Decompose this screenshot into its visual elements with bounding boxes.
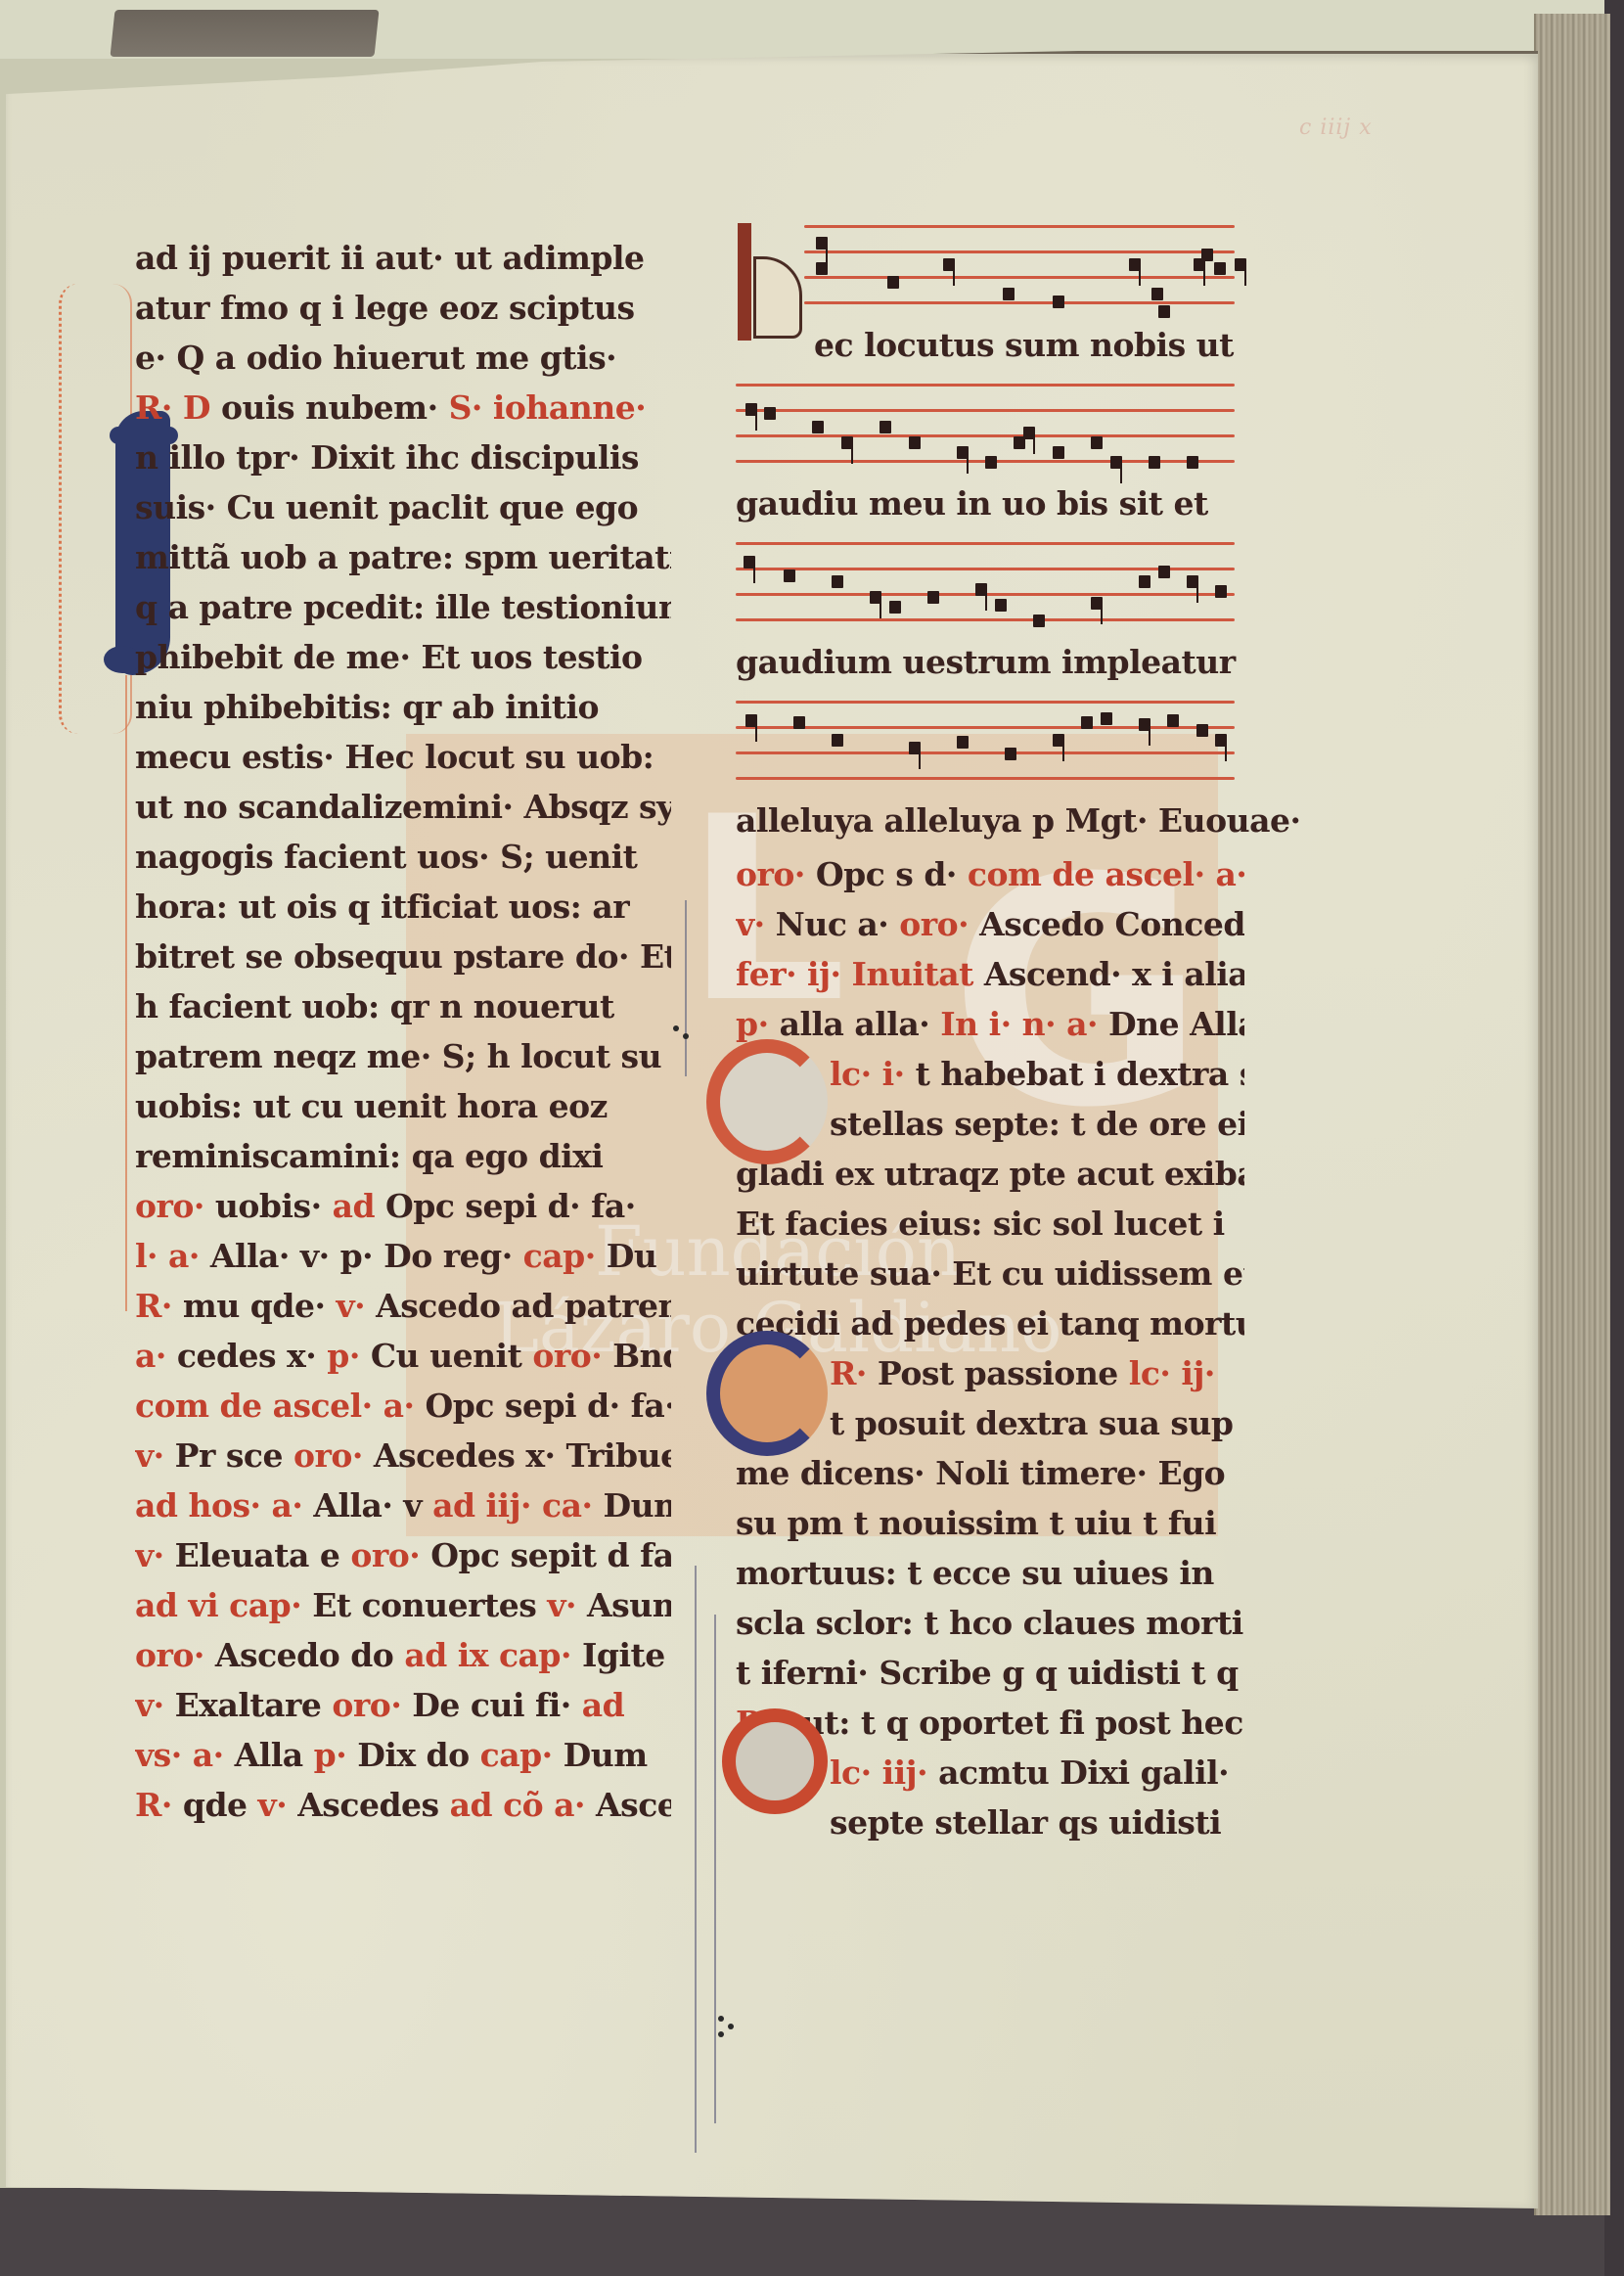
square-neume	[975, 583, 987, 596]
text-line: ad hos· a· Alla· v ad iij· ca· Dum·	[135, 1480, 671, 1530]
text-line: me dicens· Noli timere· Ego	[736, 1448, 1244, 1498]
square-neume	[764, 407, 776, 420]
square-neume	[1053, 446, 1064, 459]
square-neume	[812, 421, 824, 433]
rubric-text: oro·	[293, 1436, 374, 1475]
rubric-text: ad iij· ca·	[432, 1486, 603, 1525]
square-neume	[793, 716, 805, 729]
rubric-text: In i· n· a·	[940, 1005, 1108, 1043]
rubric-text: oro·	[736, 855, 816, 893]
right-text-column: ec locutus sum nobis utgaudiu meu in uo …	[736, 215, 1244, 1847]
square-neume	[985, 456, 997, 469]
rubric-text: com de ascel· a·	[135, 1387, 426, 1425]
body-text: Igite q·	[582, 1636, 671, 1674]
text-line: ut no scandalizemini· Absqz sy	[135, 782, 671, 832]
body-text: Alla· v· p· Do reg·	[210, 1237, 523, 1275]
square-neume	[1023, 427, 1035, 439]
square-neume	[1215, 734, 1227, 747]
text-line: v· Nuc a· oro· Ascedo Concede qs·	[736, 899, 1244, 949]
rubric-text: v·	[135, 1436, 175, 1475]
folio-number: c iiij x	[1299, 115, 1373, 140]
square-neume	[887, 276, 899, 289]
chant-lyric: ec locutus sum nobis ut	[736, 317, 1244, 374]
decorative-dot	[728, 2024, 734, 2029]
rubric-text: v·	[547, 1586, 587, 1624]
text-line: hora: ut ois q itficiat uos: ar	[135, 882, 671, 932]
square-neume	[816, 262, 828, 275]
body-text: Ascedo ad patrem	[376, 1287, 671, 1325]
text-line: mortuus: t ecce su uiues in	[736, 1548, 1244, 1598]
body-text: Dum·	[603, 1486, 671, 1525]
square-neume	[1053, 734, 1064, 747]
rubric-text: oro·	[899, 905, 979, 943]
text-line: vs· a· Alla p· Dix do cap· Dum	[135, 1730, 671, 1780]
body-text: ouis nubem·	[221, 388, 449, 427]
text-line: reminiscamini: qa ego dixi	[135, 1131, 671, 1181]
square-neume	[1158, 305, 1170, 318]
square-neume	[784, 569, 795, 582]
square-neume	[1215, 585, 1227, 598]
rubric-text: v·	[736, 905, 776, 943]
body-text: Concede qs·	[1115, 905, 1244, 943]
square-neume	[889, 601, 901, 614]
text-line: fer· ij· Inuitat Ascend· x i alia	[736, 949, 1244, 999]
rubric-text: fer· ij· Inuitat	[736, 955, 984, 993]
square-neume	[1151, 288, 1163, 300]
text-line: scla sclor: t hco claues mortis	[736, 1598, 1244, 1648]
square-neume	[745, 714, 757, 727]
body-text: acmtu	[938, 1753, 1060, 1792]
body-text: Du	[607, 1237, 657, 1275]
square-neume	[1091, 597, 1103, 610]
square-neume	[1005, 748, 1016, 760]
square-neume	[1053, 296, 1064, 308]
text-line: su pm t nouissim t uiu t fui	[736, 1498, 1244, 1548]
body-text: uobis·	[215, 1187, 333, 1225]
rubric-text: lc· ij·	[1129, 1354, 1215, 1392]
body-text: Nuc a·	[776, 905, 900, 943]
square-neume	[841, 436, 853, 449]
rubric-text: cap·	[523, 1237, 607, 1275]
text-line: bitret se obsequu pstare do· Et	[135, 932, 671, 981]
body-text: Alla· u·	[1190, 1005, 1244, 1043]
text-line: mecu estis· Hec locut su uob:	[135, 732, 671, 782]
rubric-text: oro·	[135, 1636, 215, 1674]
book-fore-edge	[1534, 14, 1610, 2215]
text-line: h facient uob: qr n nouerut	[135, 981, 671, 1031]
chant-lyric: gaudium uestrum impleatur	[736, 634, 1244, 691]
text-line: atur fmo q i lege eoz sciptus	[135, 283, 671, 333]
text-line: v· Pr sce oro· Ascedes x· Tribue qs	[135, 1431, 671, 1480]
square-neume	[1187, 456, 1198, 469]
staff-line	[804, 250, 1235, 253]
rubric-text: lc· i·	[830, 1055, 916, 1093]
staff-line	[804, 225, 1235, 228]
rubric-text: R·	[830, 1354, 878, 1392]
left-text-column: ad ij puerit ii aut· ut adimpleatur fmo …	[135, 233, 671, 1830]
body-text: Post passione	[878, 1354, 1129, 1392]
square-neume	[1196, 724, 1208, 737]
rubric-text: oro·	[332, 1686, 412, 1724]
initial-Q-decorated	[706, 1331, 828, 1456]
body-text: Ascendo·	[596, 1786, 671, 1824]
body-text: Dixi galil·	[1060, 1753, 1229, 1792]
text-line: v· Exaltare oro· De cui fi· ad	[135, 1680, 671, 1730]
body-text: Ascend· x i alia	[984, 955, 1244, 993]
rubric-text: oro·	[350, 1536, 430, 1574]
square-neume	[957, 446, 969, 459]
music-staff	[736, 536, 1244, 630]
body-text: Et conuertes	[312, 1586, 547, 1624]
text-line: com de ascel· a· Opc sepi d· fa·	[135, 1381, 671, 1431]
body-text: Asumo	[587, 1586, 671, 1624]
rubric-text: a·	[135, 1337, 177, 1375]
staff-line	[736, 618, 1235, 621]
rubric-text: com de ascel· a·	[968, 855, 1244, 893]
body-text: Dix do	[357, 1736, 479, 1774]
body-text: Dum	[564, 1736, 648, 1774]
square-neume	[1235, 258, 1246, 271]
body-text: alla alla·	[780, 1005, 941, 1043]
body-text: Alla· v	[313, 1486, 432, 1525]
rubric-text: ad cõ a·	[450, 1786, 596, 1824]
body-text: Pr sce	[175, 1436, 293, 1475]
rubric-text: v·	[135, 1686, 175, 1724]
square-neume	[909, 742, 921, 754]
square-neume	[927, 591, 939, 604]
text-line: cecidi ad pedes ei tanq mortu·	[736, 1298, 1244, 1348]
square-neume	[995, 599, 1007, 612]
staff-line	[736, 701, 1235, 704]
square-neume	[1158, 566, 1170, 578]
pen-flourish-line	[125, 675, 127, 1311]
music-staff	[736, 695, 1244, 789]
square-neume	[832, 734, 843, 747]
rubric-text: R·	[135, 1786, 183, 1824]
rubric-text: ad hos· a·	[135, 1486, 313, 1525]
body-text: sut: t q oportet fi post hec	[784, 1704, 1243, 1742]
text-line: oro· Ascedo do ad ix cap· Igite q·	[135, 1630, 671, 1680]
music-staff	[736, 378, 1244, 472]
square-neume	[1101, 712, 1112, 725]
text-line: q a patre pcedit: ille testionium	[135, 582, 671, 632]
rubric-text: vs· a·	[135, 1736, 235, 1774]
text-line: v· Eleuata e oro· Opc sepit d fa·	[135, 1530, 671, 1580]
body-text: cedes x·	[177, 1337, 327, 1375]
square-neume	[832, 575, 843, 588]
rubric-text: p·	[314, 1736, 358, 1774]
square-neume	[1081, 716, 1093, 729]
staff-line	[804, 301, 1235, 304]
text-line: oro· Opc s d· com de ascel· a·	[736, 849, 1244, 899]
rubric-text: v·	[135, 1536, 175, 1574]
text-line: oro· uobis· ad Opc sepi d· fa·	[135, 1181, 671, 1231]
text-line: patrem neqz me· S; h locut su	[135, 1031, 671, 1081]
body-text: t habebat i dextra sua	[916, 1055, 1244, 1093]
rubric-text: ad ix cap·	[404, 1636, 582, 1674]
rubric-text: ad	[582, 1686, 624, 1724]
staff-line	[804, 276, 1235, 279]
initial-S-decorated	[722, 1708, 828, 1814]
square-neume	[870, 591, 881, 604]
text-line: ad ij puerit ii aut· ut adimple	[135, 233, 671, 283]
decorative-dot	[673, 1025, 679, 1031]
body-text: Tribue qs	[565, 1436, 671, 1475]
body-text: Ascedo	[979, 905, 1114, 943]
square-neume	[1149, 456, 1160, 469]
rubric-text: ad	[333, 1187, 385, 1225]
rubric-text: p·	[327, 1337, 371, 1375]
book-tab-marker	[110, 10, 379, 57]
square-neume	[1110, 456, 1122, 469]
body-text: Eleuata e	[175, 1536, 351, 1574]
body-text: Alla	[235, 1736, 314, 1774]
text-line: suis· Cu uenit paclit que ego	[135, 482, 671, 532]
rubric-text: oro·	[135, 1187, 215, 1225]
body-text: Ascedo do	[215, 1636, 404, 1674]
text-line: nagogis facient uos· S; uenit	[135, 832, 671, 882]
rubric-text: lc· iij·	[830, 1753, 938, 1792]
square-neume	[943, 258, 955, 271]
body-text: Dne	[1108, 1005, 1190, 1043]
square-neume	[880, 421, 891, 433]
text-line: R· mu qde· v· Ascedo ad patrem Ac	[135, 1281, 671, 1331]
staff-line	[736, 542, 1235, 545]
marginal-vine	[695, 1566, 697, 2153]
initial-E-decorated	[706, 1039, 828, 1164]
staff-line	[736, 726, 1235, 729]
rubric-text: oro·	[532, 1337, 612, 1375]
rubric-text: cap·	[480, 1736, 564, 1774]
square-neume	[1187, 575, 1198, 588]
square-neume	[957, 736, 969, 749]
body-text: Bndes	[612, 1337, 671, 1375]
square-neume	[1201, 249, 1213, 261]
text-line: phibebit de me· Et uos testio	[135, 632, 671, 682]
marginal-vine	[685, 900, 687, 1076]
text-line: septe stellar qs uidisti	[736, 1798, 1244, 1847]
decorative-dot	[718, 2031, 724, 2037]
body-text: Opc sepi d· fa·	[426, 1387, 672, 1425]
rubric-text: v·	[336, 1287, 376, 1325]
text-line: uobis: ut cu uenit hora eoz	[135, 1081, 671, 1131]
text-line: niu phibebitis: qr ab initio	[135, 682, 671, 732]
square-neume	[1003, 288, 1015, 300]
square-neume	[816, 237, 828, 250]
square-neume	[909, 436, 921, 449]
square-neume	[1167, 714, 1179, 727]
rubric-text: ad vi cap·	[135, 1586, 312, 1624]
marginal-vine	[714, 1615, 716, 2123]
text-line: gladi ex utraqz pte acut exibat·	[736, 1149, 1244, 1199]
text-line: e· Q a odio hiuerut me gtis·	[135, 333, 671, 383]
text-line: p· alla alla· In i· n· a· Dne Alla· u·	[736, 999, 1244, 1049]
body-text: Opc s d·	[816, 855, 968, 893]
text-line: a· cedes x· p· Cu uenit oro· Bndes	[135, 1331, 671, 1381]
body-text: Opc sepi d· fa·	[385, 1187, 636, 1225]
rubric-text: v·	[258, 1786, 298, 1824]
square-neume	[1139, 575, 1150, 588]
square-neume	[744, 556, 755, 569]
body-text: mu qde·	[183, 1287, 337, 1325]
text-line: t iferni· Scribe g q uidisti t q	[736, 1648, 1244, 1698]
rubric-text: l· a·	[135, 1237, 210, 1275]
body-text: Ascedes x·	[374, 1436, 566, 1475]
staff-line	[736, 434, 1235, 437]
text-line: mittã uob a patre: spm ueritatis	[135, 532, 671, 582]
rubric-text: S· iohanne·	[449, 388, 647, 427]
square-neume	[1033, 615, 1045, 627]
square-neume	[1091, 436, 1103, 449]
text-line: ad vi cap· Et conuertes v· Asumo	[135, 1580, 671, 1630]
decorative-dot	[718, 2016, 724, 2022]
body-text: qde	[183, 1786, 258, 1824]
body-text: Cu uenit	[371, 1337, 533, 1375]
rubric-text: p·	[736, 1005, 780, 1043]
text-line: l· a· Alla· v· p· Do reg· cap· Du	[135, 1231, 671, 1281]
music-staff	[736, 219, 1244, 313]
square-neume	[745, 403, 757, 416]
chant-lyric: gaudiu meu in uo bis sit et	[736, 476, 1244, 532]
chant-lyric: alleluya alleluya p Mgt· Euouae·	[736, 793, 1244, 849]
decorative-dot	[683, 1033, 689, 1039]
rubric-text: R· D	[135, 388, 221, 427]
square-neume	[1214, 262, 1226, 275]
text-line: Et facies eius: sic sol lucet i	[736, 1199, 1244, 1249]
text-line: R· D ouis nubem· S· iohanne·	[135, 383, 671, 432]
text-line: R· qde v· Ascedes ad cõ a· Ascendo·	[135, 1780, 671, 1830]
staff-line	[736, 777, 1235, 780]
text-line: n illo tpr· Dixit ihc discipulis	[135, 432, 671, 482]
square-neume	[1139, 718, 1150, 731]
rubric-text: R·	[135, 1287, 183, 1325]
body-text: Exaltare	[175, 1686, 333, 1724]
body-text: Ascedes	[297, 1786, 449, 1824]
staff-line	[736, 751, 1235, 754]
body-text: Opc sepit d fa·	[430, 1536, 671, 1574]
text-line: uirtute sua· Et cu uidissem eu:	[736, 1249, 1244, 1298]
body-text: De cui fi·	[412, 1686, 581, 1724]
staff-line	[736, 384, 1235, 387]
square-neume	[1129, 258, 1141, 271]
staff-line	[736, 409, 1235, 412]
